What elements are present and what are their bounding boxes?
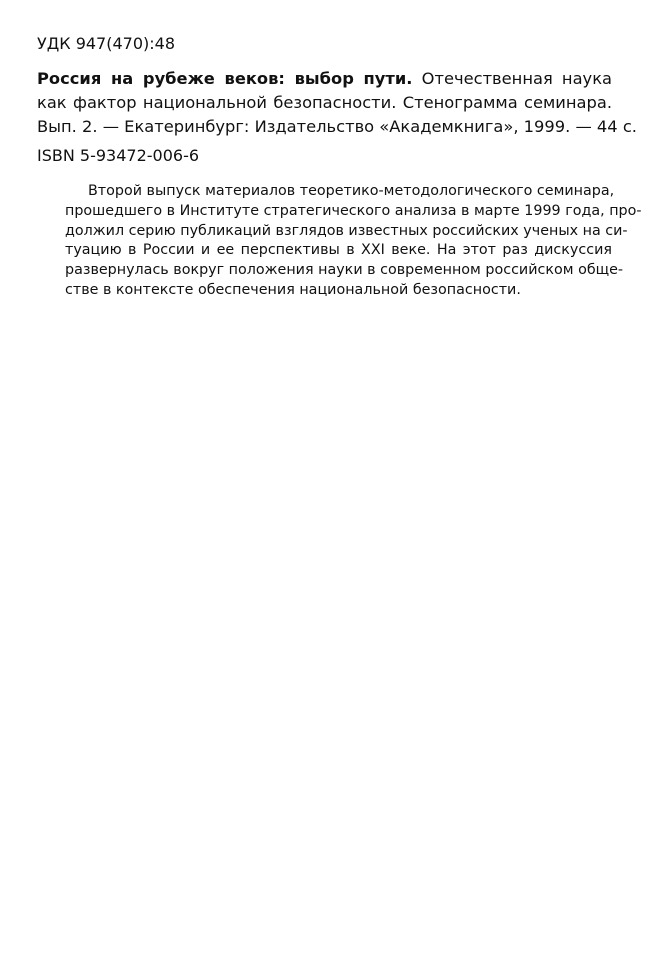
isbn-number: ISBN 5-93472-006-6 [37,146,199,166]
abstract: Второй выпуск материалов теоретико-метод… [65,182,612,301]
bibliographic-line-3: Вып. 2. — Екатеринбург: Издательство «Ак… [37,115,612,139]
bibliographic-line-2: как фактор национальной безопасности. Ст… [37,91,612,115]
bibliographic-record: Россия на рубеже веков: выбор пути. Отеч… [37,67,612,139]
abstract-line: прошедшего в Институте стратегического а… [65,202,612,222]
abstract-line: развернулась вокруг положения науки в со… [65,261,612,281]
book-title: Россия на рубеже веков: выбор пути. [37,69,412,88]
abstract-line: должил серию публикаций взглядов известн… [65,222,612,242]
bibliographic-line-1: Россия на рубеже веков: выбор пути. Отеч… [37,67,612,91]
abstract-line: Второй выпуск материалов теоретико-метод… [65,182,612,202]
book-subtitle-start: Отечественная наука [422,69,612,88]
abstract-line: туацию в России и ее перспективы в XXI в… [65,241,612,261]
udk-classification: УДК 947(470):48 [37,34,175,54]
abstract-line: стве в контексте обеспечения национально… [65,281,612,301]
